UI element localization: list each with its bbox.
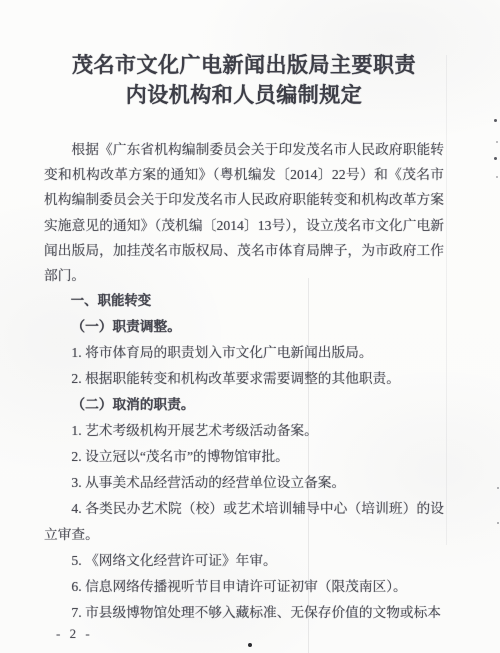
document-body: 根据《广东省机构编制委员会关于印发茂名市人民政府职能转变和机构改革方案的通知》（… xyxy=(44,137,444,626)
scan-speck xyxy=(496,141,498,143)
document-page: 茂名市文化广电新闻出版局主要职责 内设机构和人员编制规定 根据《广东省机构编制委… xyxy=(0,0,500,653)
page-number: - 2 - xyxy=(56,626,93,642)
list-item: 2. 根据职能转变和机构改革要求需要调整的其他职责。 xyxy=(44,366,444,392)
document-title: 茂名市文化广电新闻出版局主要职责 内设机构和人员编制规定 xyxy=(44,50,444,110)
list-item: 1. 艺术考级机构开展艺术考级活动备案。 xyxy=(44,418,444,444)
section-heading: 一、职能转变 xyxy=(44,288,444,314)
scan-speck xyxy=(494,119,497,122)
document-content: 茂名市文化广电新闻出版局主要职责 内设机构和人员编制规定 根据《广东省机构编制委… xyxy=(44,50,444,626)
list-item: 4. 各类民办艺术院（校）或艺术培训辅导中心（培训班）的设立审查。 xyxy=(44,496,444,548)
list-item: 6. 信息网络传播视听节目申请许可证初审（限茂南区）。 xyxy=(44,574,444,600)
list-item: 2. 设立冠以“茂名市”的博物馆审批。 xyxy=(44,444,444,470)
scan-speck xyxy=(494,157,497,160)
scan-speck xyxy=(496,176,498,178)
scan-dot-artifact xyxy=(248,643,252,647)
list-item: 5. 《网络文化经营许可证》年审。 xyxy=(44,548,444,574)
list-item: 1. 将市体育局的职责划入市文化广电新闻出版局。 xyxy=(44,340,444,366)
document-title-line2: 内设机构和人员编制规定 xyxy=(44,80,444,110)
scan-speck xyxy=(497,522,499,524)
subsection-heading: （二）取消的职责。 xyxy=(44,392,444,418)
scan-speck xyxy=(497,487,499,489)
body-paragraph: 根据《广东省机构编制委员会关于印发茂名市人民政府职能转变和机构改革方案的通知》（… xyxy=(44,137,444,288)
subsection-heading: （一）职责调整。 xyxy=(44,314,444,340)
crease-line xyxy=(446,55,447,545)
list-item: 7. 市县级博物馆处理不够入藏标准、无保存价值的文物或标本 xyxy=(44,600,444,626)
list-item: 3. 从事美术品经营活动的经营单位设立备案。 xyxy=(44,470,444,496)
document-title-line1: 茂名市文化广电新闻出版局主要职责 xyxy=(44,50,444,80)
